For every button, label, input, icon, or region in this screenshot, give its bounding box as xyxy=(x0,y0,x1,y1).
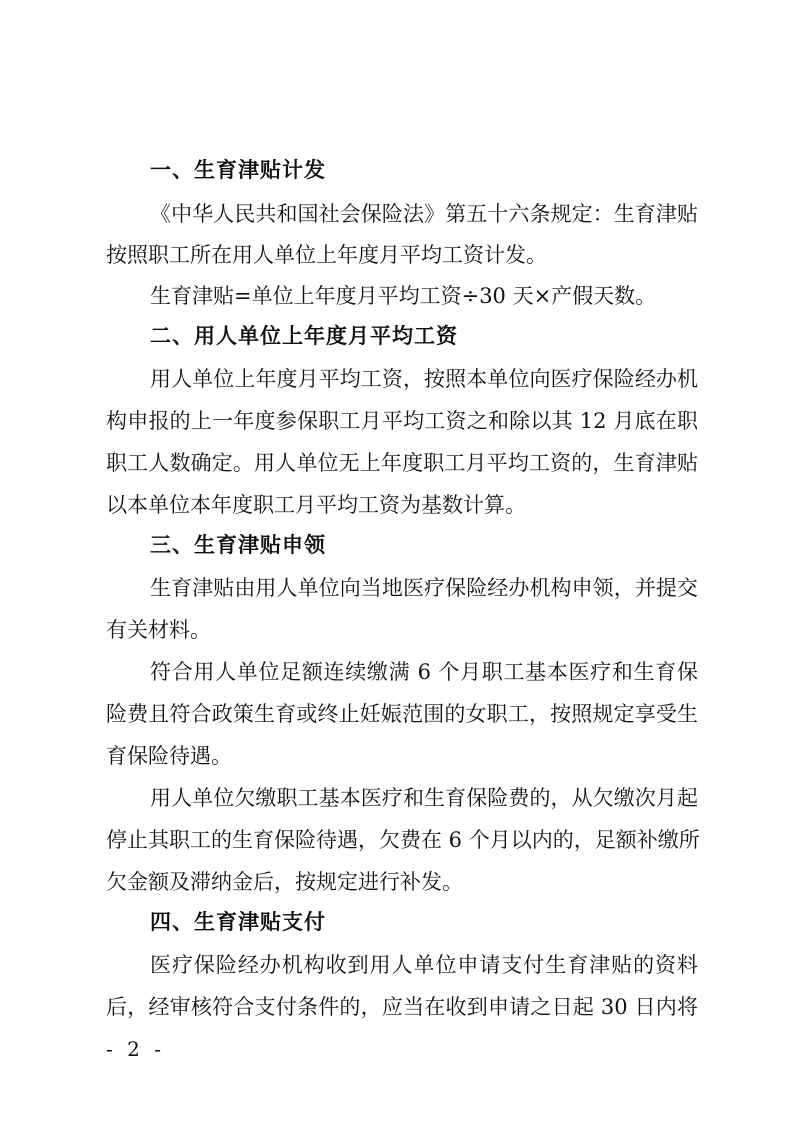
paragraph-line: 险费且符合政策生育或终止妊娠范围的女职工，按照规定享受生 xyxy=(106,699,698,729)
paragraph-line: 停止其职工的生育保险待遇，欠费在 6 个月以内的，足额补缴所 xyxy=(106,825,698,855)
paragraph-line: 欠金额及滞纳金后，按规定进行补发。 xyxy=(106,867,463,897)
paragraph-line: 职工人数确定。用人单位无上年度职工月平均工资的，生育津贴 xyxy=(106,448,698,478)
paragraph-line: 医疗保险经办机构收到用人单位申请支付生育津贴的资料 xyxy=(150,950,698,980)
paragraph-line: 育保险待遇。 xyxy=(106,741,232,771)
paragraph-line: 按照职工所在用人单位上年度月平均工资计发。 xyxy=(106,240,547,270)
section-heading-3: 三、生育津贴申领 xyxy=(150,530,326,560)
paragraph-line: 生育津贴由用人单位向当地医疗保险经办机构申领，并提交 xyxy=(150,573,698,603)
section-heading-4: 四、生育津贴支付 xyxy=(150,907,326,937)
paragraph-line: 《中华人民共和国社会保险法》第五十六条规定：生育津贴 xyxy=(150,199,698,229)
paragraph-line: 用人单位上年度月平均工资，按照本单位向医疗保险经办机 xyxy=(150,364,698,394)
page-number: - 2 - xyxy=(106,1036,165,1062)
paragraph-line: 后，经审核符合支付条件的，应当在收到申请之日起 30 日内将 xyxy=(106,992,698,1022)
paragraph-line: 用人单位欠缴职工基本医疗和生育保险费的，从欠缴次月起 xyxy=(150,783,698,813)
section-heading-2: 二、用人单位上年度月平均工资 xyxy=(150,321,458,351)
section-heading-1: 一、生育津贴计发 xyxy=(150,155,326,185)
paragraph-line: 有关材料。 xyxy=(106,615,211,645)
paragraph-line: 以本单位本年度职工月平均工资为基数计算。 xyxy=(106,490,526,520)
paragraph-line: 符合用人单位足额连续缴满 6 个月职工基本医疗和生育保 xyxy=(150,657,698,687)
paragraph-line: 生育津贴=单位上年度月平均工资÷30 天×产假天数。 xyxy=(150,281,656,311)
paragraph-line: 构申报的上一年度参保职工月平均工资之和除以其 12 月底在职 xyxy=(106,406,698,436)
document-page: 一、生育津贴计发 《中华人民共和国社会保险法》第五十六条规定：生育津贴 按照职工… xyxy=(0,0,793,1122)
